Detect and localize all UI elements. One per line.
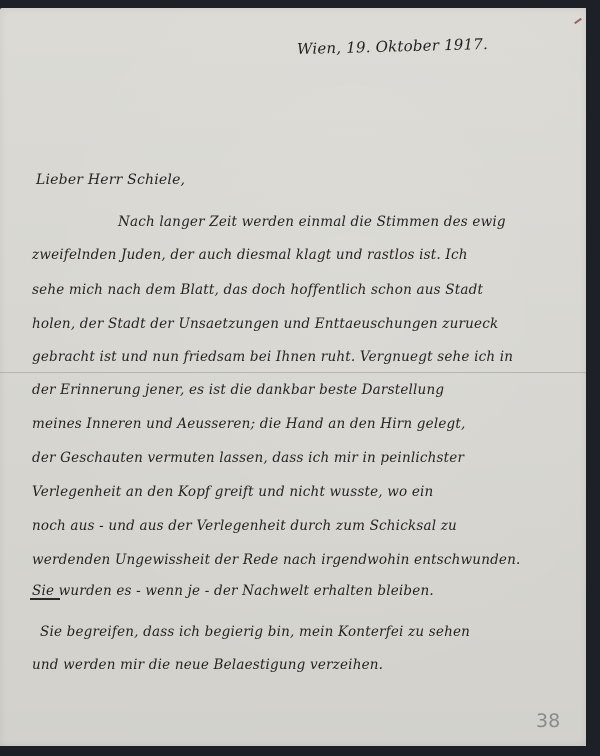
body-line-9: Verlegenheit an den Kopf greift und nich… (32, 484, 433, 500)
body-line-2: zweifelnden Juden, der auch diesmal klag… (32, 247, 468, 263)
body-line-14: und werden mir die neue Belaestigung ver… (32, 657, 383, 673)
letter-salutation: Lieber Herr Schiele, (36, 172, 185, 188)
body-line-5: gebracht ist und nun friedsam bei Ihnen … (32, 349, 513, 365)
body-line-7: meines Inneren und Aeusseren; die Hand a… (32, 416, 466, 432)
body-line-11: werdenden Ungewissheit der Rede nach irg… (32, 552, 521, 568)
body-line-12: Sie wurden es - wenn je - der Nachwelt e… (32, 583, 434, 599)
body-line-4: holen, der Stadt der Unsaetzungen und En… (32, 316, 498, 332)
body-line-8: der Geschauten vermuten lassen, dass ich… (32, 450, 464, 466)
body-line-6: der Erinnerung jener, es ist die dankbar… (32, 382, 444, 398)
body-line-3: sehe mich nach dem Blatt, das doch hoffe… (32, 282, 483, 298)
body-line-10: noch aus - und aus der Verlegenheit durc… (32, 518, 457, 534)
underline-mark (30, 598, 60, 600)
body-line-13: Sie begreifen, dass ich begierig bin, me… (40, 624, 470, 640)
body-line-1: Nach langer Zeit werden einmal die Stimm… (118, 214, 506, 230)
paper-fold-line (0, 372, 586, 373)
archive-page-number: 38 (536, 710, 560, 732)
